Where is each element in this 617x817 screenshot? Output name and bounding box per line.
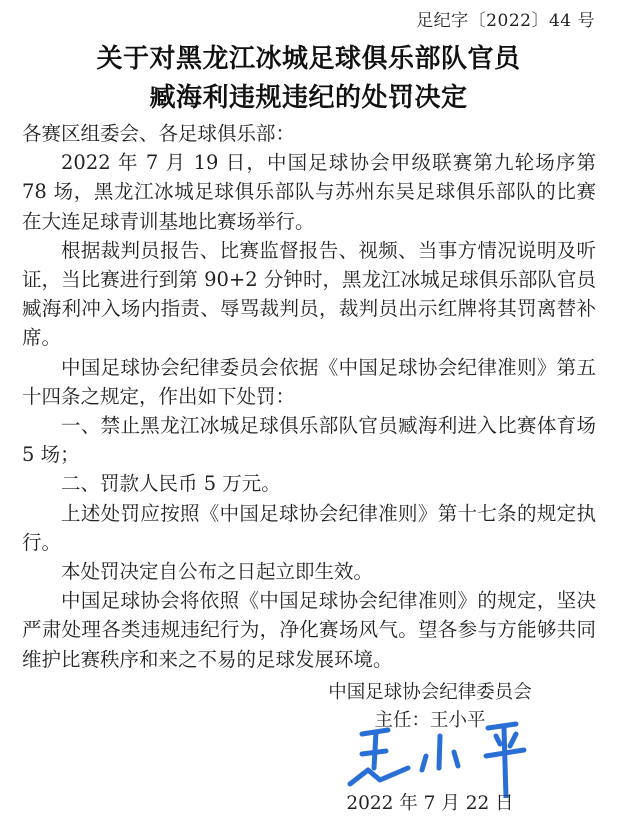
doc-number: 足纪字〔2022〕44 号	[416, 6, 595, 31]
penalty-item-2: 二、罚款人民币 5 万元。	[22, 469, 596, 498]
paragraph-effective: 本处罚决定自公布之日起立即生效。	[22, 557, 596, 586]
document-title-line-1: 关于对黑龙江冰城足球俱乐部队官员	[0, 38, 617, 75]
document-body: 各赛区组委会、各足球俱乐部： 2022 年 7 月 19 日，中国足球协会甲级联…	[22, 119, 596, 674]
salutation: 各赛区组委会、各足球俱乐部：	[22, 119, 596, 148]
document-title-line-2: 臧海利违规违纪的处罚决定	[0, 77, 617, 114]
handwritten-signature	[340, 718, 530, 798]
penalty-item-1: 一、禁止黑龙江冰城足球俱乐部队官员臧海利进入比赛体育场 5 场；	[22, 411, 596, 469]
paragraph-basis: 中国足球协会纪律委员会依据《中国足球协会纪律准则》第五十四条之规定，作出如下处罚…	[22, 353, 596, 411]
paragraph-closing: 中国足球协会将依照《中国足球协会纪律准则》的规定，坚决严肃处理各类违规违纪行为，…	[22, 586, 596, 674]
paragraph-execution: 上述处罚应按照《中国足球协会纪律准则》第十七条的规定执行。	[22, 499, 596, 557]
signing-organization: 中国足球协会纪律委员会	[280, 678, 580, 704]
paragraph-match-info: 2022 年 7 月 19 日，中国足球协会甲级联赛第九轮场序第 78 场，黑龙…	[22, 148, 596, 236]
paragraph-incident: 根据裁判员报告、比赛监督报告、视频、当事方情况说明及听证，当比赛进行到第 90+…	[22, 236, 596, 353]
signing-date: 2022 年 7 月 22 日	[280, 789, 580, 815]
